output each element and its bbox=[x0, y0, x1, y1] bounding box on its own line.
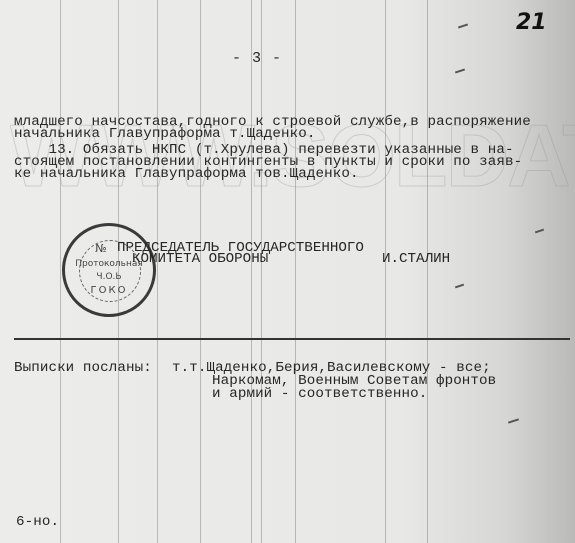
text-line: начальника Главупраформа т.Щаденко. bbox=[14, 126, 316, 142]
scan-line bbox=[200, 0, 201, 543]
scan-line bbox=[295, 0, 296, 543]
distribution-line: и армий - соответственно. bbox=[212, 386, 427, 402]
scan-line bbox=[261, 0, 262, 543]
signature-title-line2: КОМИТЕТА ОБОРОНЫ bbox=[132, 251, 268, 267]
page-number: - 3 - bbox=[232, 50, 282, 67]
horizontal-rule bbox=[14, 338, 570, 340]
pencil-mark bbox=[458, 24, 468, 29]
stamp-line: ГОКО bbox=[65, 285, 153, 296]
stamp-line: Ч.О.Ь bbox=[65, 272, 153, 282]
pencil-mark bbox=[455, 284, 464, 289]
pencil-mark bbox=[508, 418, 519, 423]
footer-code: 6-но. bbox=[16, 514, 59, 530]
document-page: WWW.SOLDAT.RU 21 - 3 - младшего начсоста… bbox=[0, 0, 575, 543]
scan-line bbox=[385, 0, 386, 543]
signature-name: И.СТАЛИН bbox=[382, 251, 450, 267]
pencil-mark bbox=[455, 69, 465, 74]
archive-page-number: 21 bbox=[516, 10, 547, 35]
scan-line bbox=[60, 0, 61, 543]
scan-line bbox=[157, 0, 158, 543]
official-stamp: № Протокольная Ч.О.Ь ГОКО bbox=[62, 223, 156, 317]
pencil-mark bbox=[535, 229, 544, 234]
scan-line bbox=[427, 0, 428, 543]
text-line: ке начальника Главупраформа тов.Щаденко. bbox=[14, 166, 359, 182]
distribution-label: Выписки посланы: bbox=[14, 360, 152, 376]
scan-line bbox=[251, 0, 252, 543]
